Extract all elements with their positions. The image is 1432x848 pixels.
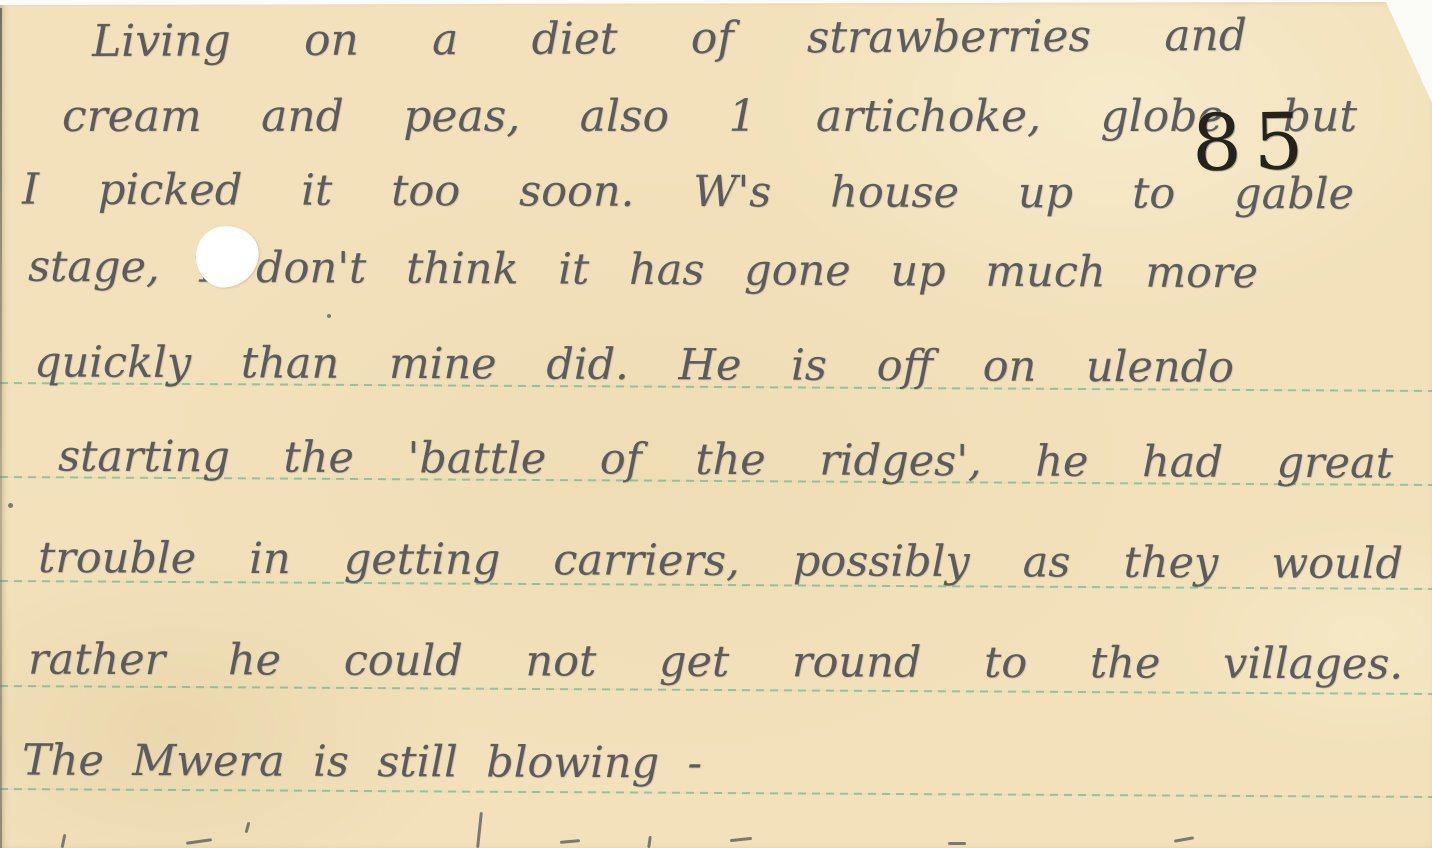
handwritten-line-8: rather he could not get round to the vil… (28, 636, 1403, 690)
handwritten-line-2: cream and peas, also 1 artichoke, globe … (62, 92, 1357, 143)
cutoff-next-line-stroke (647, 836, 652, 848)
scanned-handwritten-page: Living on a diet of strawberries and cre… (0, 0, 1432, 848)
cutoff-next-line-stroke (186, 838, 212, 845)
handwritten-line-5: quickly than mine did. He is off on ulen… (34, 338, 1234, 393)
handwritten-line-3: I picked it too soon. W's house up to ga… (22, 166, 1354, 220)
cutoff-next-line-stroke (245, 822, 251, 833)
cutoff-next-line-stroke (1174, 836, 1194, 842)
cutoff-next-line-stroke (476, 812, 483, 848)
handwritten-line-1: Living on a diet of strawberries and (92, 11, 1247, 68)
cutoff-next-line-stroke (61, 834, 67, 848)
page-number-stamp: 85 (1191, 103, 1316, 183)
cutoff-next-line-stroke (730, 837, 752, 842)
handwritten-line-6: starting the 'battle of the ridges', he … (58, 433, 1393, 489)
cutoff-next-line-stroke (560, 839, 580, 844)
paper-left-edge-shadow (0, 8, 2, 848)
cutoff-next-line-stroke (948, 842, 966, 845)
handwritten-line-7: trouble in getting carriers, possibly as… (38, 534, 1403, 589)
pencil-speck (8, 503, 13, 508)
pencil-speck (327, 314, 331, 318)
ruled-line (0, 788, 1432, 798)
paper-card: Living on a diet of strawberries and cre… (0, 0, 1432, 848)
handwritten-line-9: The Mwera is still blowing - (22, 737, 702, 789)
